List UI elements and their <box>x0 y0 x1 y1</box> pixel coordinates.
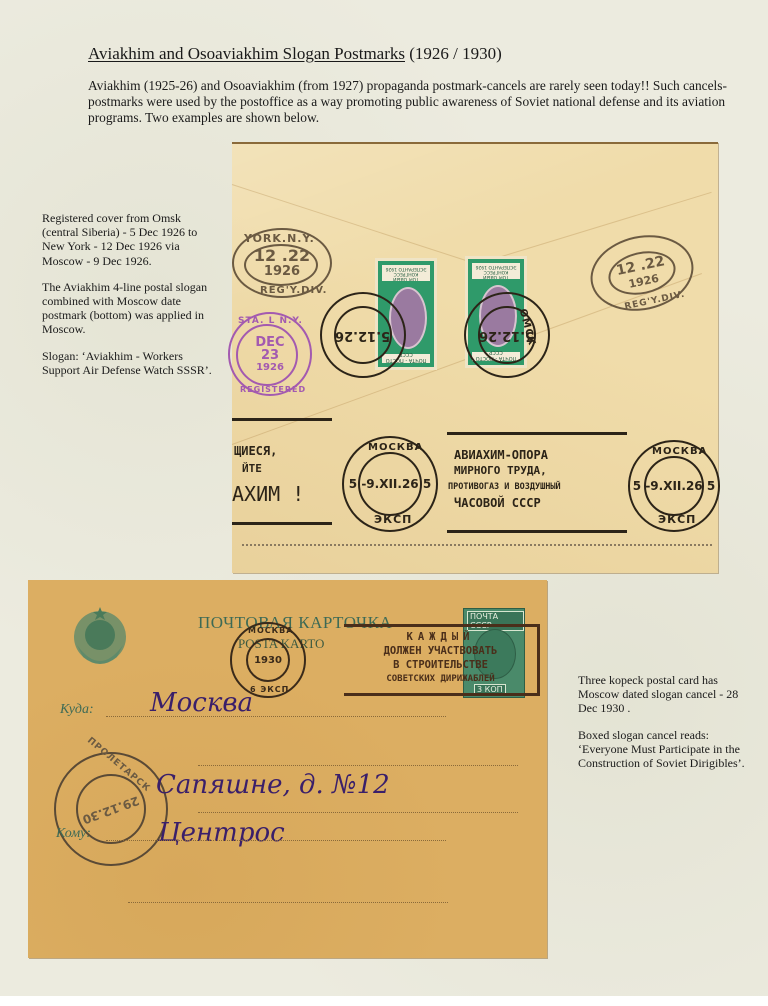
page-title: Aviakhim and Osoaviakhim Slogan Postmark… <box>88 44 502 64</box>
address-line <box>198 812 518 813</box>
new-york-receiving-postmark: 12 .22 1926 REG'Y.DIV. <box>583 226 700 320</box>
slogan-bar <box>447 530 627 533</box>
slogan-right-line: ПРОТИВОГАЗ И ВОЗДУШНЫЙ <box>448 482 561 492</box>
album-page: Aviakhim and Osoaviakhim Slogan Postmark… <box>0 0 768 996</box>
moscow-dated-postmark: МОСКВА 1930 6 ЭКСП <box>230 622 306 698</box>
title-years: (1926 / 1930) <box>409 44 502 63</box>
stamp-header: ТОРГОВЫЙ КОНГРЕСС ЭСПЕРАНТО 1926 <box>472 263 520 279</box>
handwritten-city: Москва <box>150 688 253 718</box>
arrival-postmark: ПРОЛЕТАРСК 29.12.30 <box>54 752 168 866</box>
new-york-receiving-postmark: YORK.N.Y. 12 .22 1926 REG'Y.DIV. <box>232 228 332 298</box>
postmark-bottom-text: REG'Y.DIV. <box>260 285 327 296</box>
address-line <box>106 840 446 841</box>
postmark-date: 5 -9.XII.26 5 <box>633 478 715 495</box>
addressee-label: Кому: <box>56 826 91 842</box>
postmark-date: 5.12.26 <box>479 327 534 344</box>
title-main: Aviakhim and Osoaviakhim Slogan Postmark… <box>88 44 405 63</box>
slogan-bar <box>447 432 627 435</box>
slogan-left-line: АХИМ ! <box>232 482 304 506</box>
postmark-month: DEC <box>255 336 284 349</box>
omsk-origin-postmark: 5.12.26 <box>320 292 406 378</box>
postmark-day: 23 <box>261 349 279 362</box>
postcard-description: Three kopeck postal card has Moscow date… <box>578 673 758 782</box>
slogan-line: КАЖДЫЙ <box>344 630 537 644</box>
postmark-ring-text: STA. L N.Y. <box>238 316 303 326</box>
boxed-slogan-cancel: КАЖДЫЙ ДОЛЖЕН УЧАСТВОВАТЬ В СТРОИТЕЛЬСТВ… <box>344 624 540 696</box>
postal-card: ПОЧТОВАЯ КАРТОЧКА POSTA KARTO МОСКВА 193… <box>28 580 547 958</box>
slogan-line: В СТРОИТЕЛЬСТВЕ <box>344 658 537 672</box>
moscow-transit-postmark: МОСКВА 5 -9.XII.26 5 ЭКСП <box>342 436 438 532</box>
slogan-bar <box>232 522 332 525</box>
postmark-bottom-text: 6 ЭКСП <box>250 685 289 694</box>
omsk-origin-postmark: 5.12.26 ОМСК <box>464 292 550 378</box>
registered-cover: YORK.N.Y. 12 .22 1926 REG'Y.DIV. STA. L … <box>232 142 718 573</box>
address-line <box>128 902 448 903</box>
postmark-bottom-text: ЭКСП <box>658 513 696 526</box>
cover-note-route: Registered cover from Omsk (central Sibe… <box>42 211 212 268</box>
postmark-ring-text: МОСКВА <box>368 442 423 453</box>
postmark-year: 1926 <box>264 264 300 279</box>
address-to-label: Куда: <box>60 702 94 718</box>
slogan-bar <box>232 418 332 421</box>
handwritten-addressee: Центрос <box>158 818 285 848</box>
cover-note-slogan-text: Slogan: ‘Aviakhim - Workers Support Air … <box>42 349 212 377</box>
postmark-date: 12 .22 <box>254 247 310 264</box>
postmark-bottom-text: ЭКСП <box>374 513 412 526</box>
envelope-perforated-edge <box>242 544 712 546</box>
postcard-note-slogan: Boxed slogan cancel reads: ‘Everyone Mus… <box>578 728 758 771</box>
slogan-line: ДОЛЖЕН УЧАСТВОВАТЬ <box>344 644 537 658</box>
slogan-left-line: ЙТЕ <box>242 462 262 475</box>
address-line <box>198 765 518 766</box>
postmark-bottom-text: REGISTERED <box>240 385 306 394</box>
postmark-ring-text: МОСКВА <box>248 626 293 635</box>
intro-paragraph: Aviakhim (1925-26) and Osoaviakhim (from… <box>88 78 728 126</box>
postmark-ring-text: МОСКВА <box>652 446 707 457</box>
moscow-transit-postmark: МОСКВА 5 -9.XII.26 5 ЭКСП <box>628 440 720 532</box>
slogan-right-line: МИРНОГО ТРУДА, <box>454 464 547 477</box>
cover-description: Registered cover from Omsk (central Sibe… <box>42 211 212 389</box>
stamp-header: ТОРГОВЫЙ КОНГРЕСС ЭСПЕРАНТО 1926 <box>382 265 430 281</box>
slogan-right-line: ЧАСОВОЙ СССР <box>454 496 541 510</box>
postmark-ring-text: YORK.N.Y. <box>244 232 315 245</box>
postmark-date: 5 -9.XII.26 5 <box>349 476 431 493</box>
cover-note-slogan-origin: The Aviakhim 4-line postal slogan combin… <box>42 280 212 337</box>
slogan-line: СОВЕТСКИХ ДИРИЖАБЛЕЙ <box>344 672 537 686</box>
postmark-year: 1930 <box>254 655 282 666</box>
soviet-emblem-icon <box>65 605 135 675</box>
slogan-left-line: ЩИЕСЯ, <box>234 444 277 458</box>
postmark-date: 5.12.26 <box>335 327 390 344</box>
postcard-note-summary: Three kopeck postal card has Moscow date… <box>578 673 758 716</box>
postmark-year: 1926 <box>256 362 284 373</box>
slogan-right-line: АВИАХИМ-ОПОРА <box>454 448 548 462</box>
handwritten-street: Сапяшне, д. №12 <box>156 770 390 800</box>
registered-violet-postmark: STA. L N.Y. DEC 23 1926 REGISTERED <box>228 312 312 396</box>
